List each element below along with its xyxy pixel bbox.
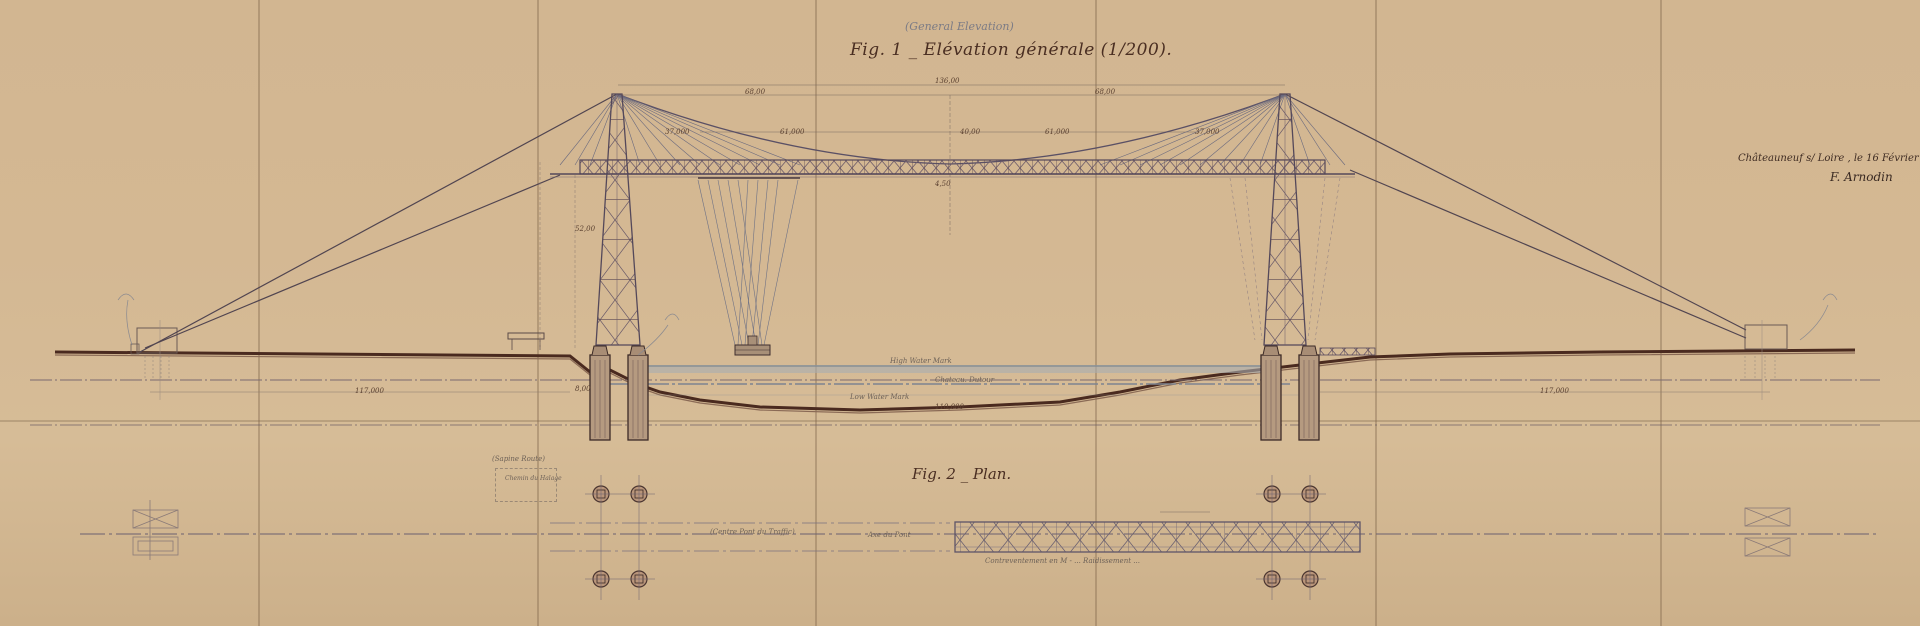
dim-left-half: 68,00 bbox=[745, 88, 765, 96]
left-anchorage-plan bbox=[133, 500, 178, 560]
dim-right-half: 68,00 bbox=[1095, 88, 1115, 96]
right-anchorage bbox=[1745, 320, 1787, 400]
deck-truss bbox=[580, 160, 1325, 174]
gondola-suspension bbox=[698, 178, 800, 345]
signature: F. Arnodin bbox=[1830, 170, 1893, 184]
plan-centre-note: (Centre Pont du Traffic) bbox=[710, 528, 795, 536]
drawing-sheet: (General Elevation) Fig. 1 _ Elévation g… bbox=[0, 0, 1920, 626]
dim-deck-width: 4,50 bbox=[935, 180, 951, 188]
pencil-stamp-box bbox=[495, 468, 557, 502]
left-pylon bbox=[540, 94, 648, 440]
right-pylon bbox=[1230, 94, 1375, 440]
high-water-label: High Water Mark bbox=[890, 357, 952, 365]
dim-river-width: 110,000 bbox=[935, 403, 964, 411]
dim-right-cable: 37,000 bbox=[1195, 128, 1220, 136]
dim-center-right: 61,000 bbox=[1045, 128, 1070, 136]
dim-tower-base: 8,00 bbox=[575, 385, 591, 393]
fig1-english-subtitle: (General Elevation) bbox=[905, 20, 1014, 33]
right-anchorage-plan bbox=[1745, 508, 1790, 556]
fig2-title: Fig. 2 _ Plan. bbox=[912, 465, 1011, 483]
place-and-date: Châteauneuf s/ Loire , le 16 Février 190… bbox=[1738, 153, 1920, 164]
left-pier-plan bbox=[585, 475, 655, 600]
axis-label: Axe du Pont bbox=[868, 531, 911, 539]
backstay-cables bbox=[140, 94, 1746, 352]
river-level-label: Chateau. Dutour bbox=[935, 376, 994, 384]
dim-right-anchor-span: 117,000 bbox=[1540, 387, 1569, 395]
dim-left-anchor-span: 117,000 bbox=[355, 387, 384, 395]
plan-view bbox=[80, 475, 1880, 600]
pencil-stamp-route: (Sapine Route) bbox=[492, 455, 545, 463]
shore-shelter bbox=[508, 333, 544, 350]
plan-notes: Contreventement en M - ... Raidissement … bbox=[985, 557, 1140, 565]
dim-center-clearance: 40,00 bbox=[960, 128, 980, 136]
bridge-elevation-and-plan bbox=[0, 0, 1920, 626]
dim-total-span: 136,00 bbox=[935, 77, 960, 85]
fig1-title: Fig. 1 _ Elévation générale (1/200). bbox=[850, 40, 1172, 60]
pencil-stamp-chemin: Chemin du Halage bbox=[505, 475, 562, 482]
dim-left-cable: 37,000 bbox=[665, 128, 690, 136]
transporter-gondola bbox=[735, 336, 770, 355]
dim-center-left: 61,000 bbox=[780, 128, 805, 136]
dim-tower-height: 52,00 bbox=[575, 225, 595, 233]
left-anchorage bbox=[131, 320, 177, 400]
low-water-label: Low Water Mark bbox=[850, 393, 909, 401]
